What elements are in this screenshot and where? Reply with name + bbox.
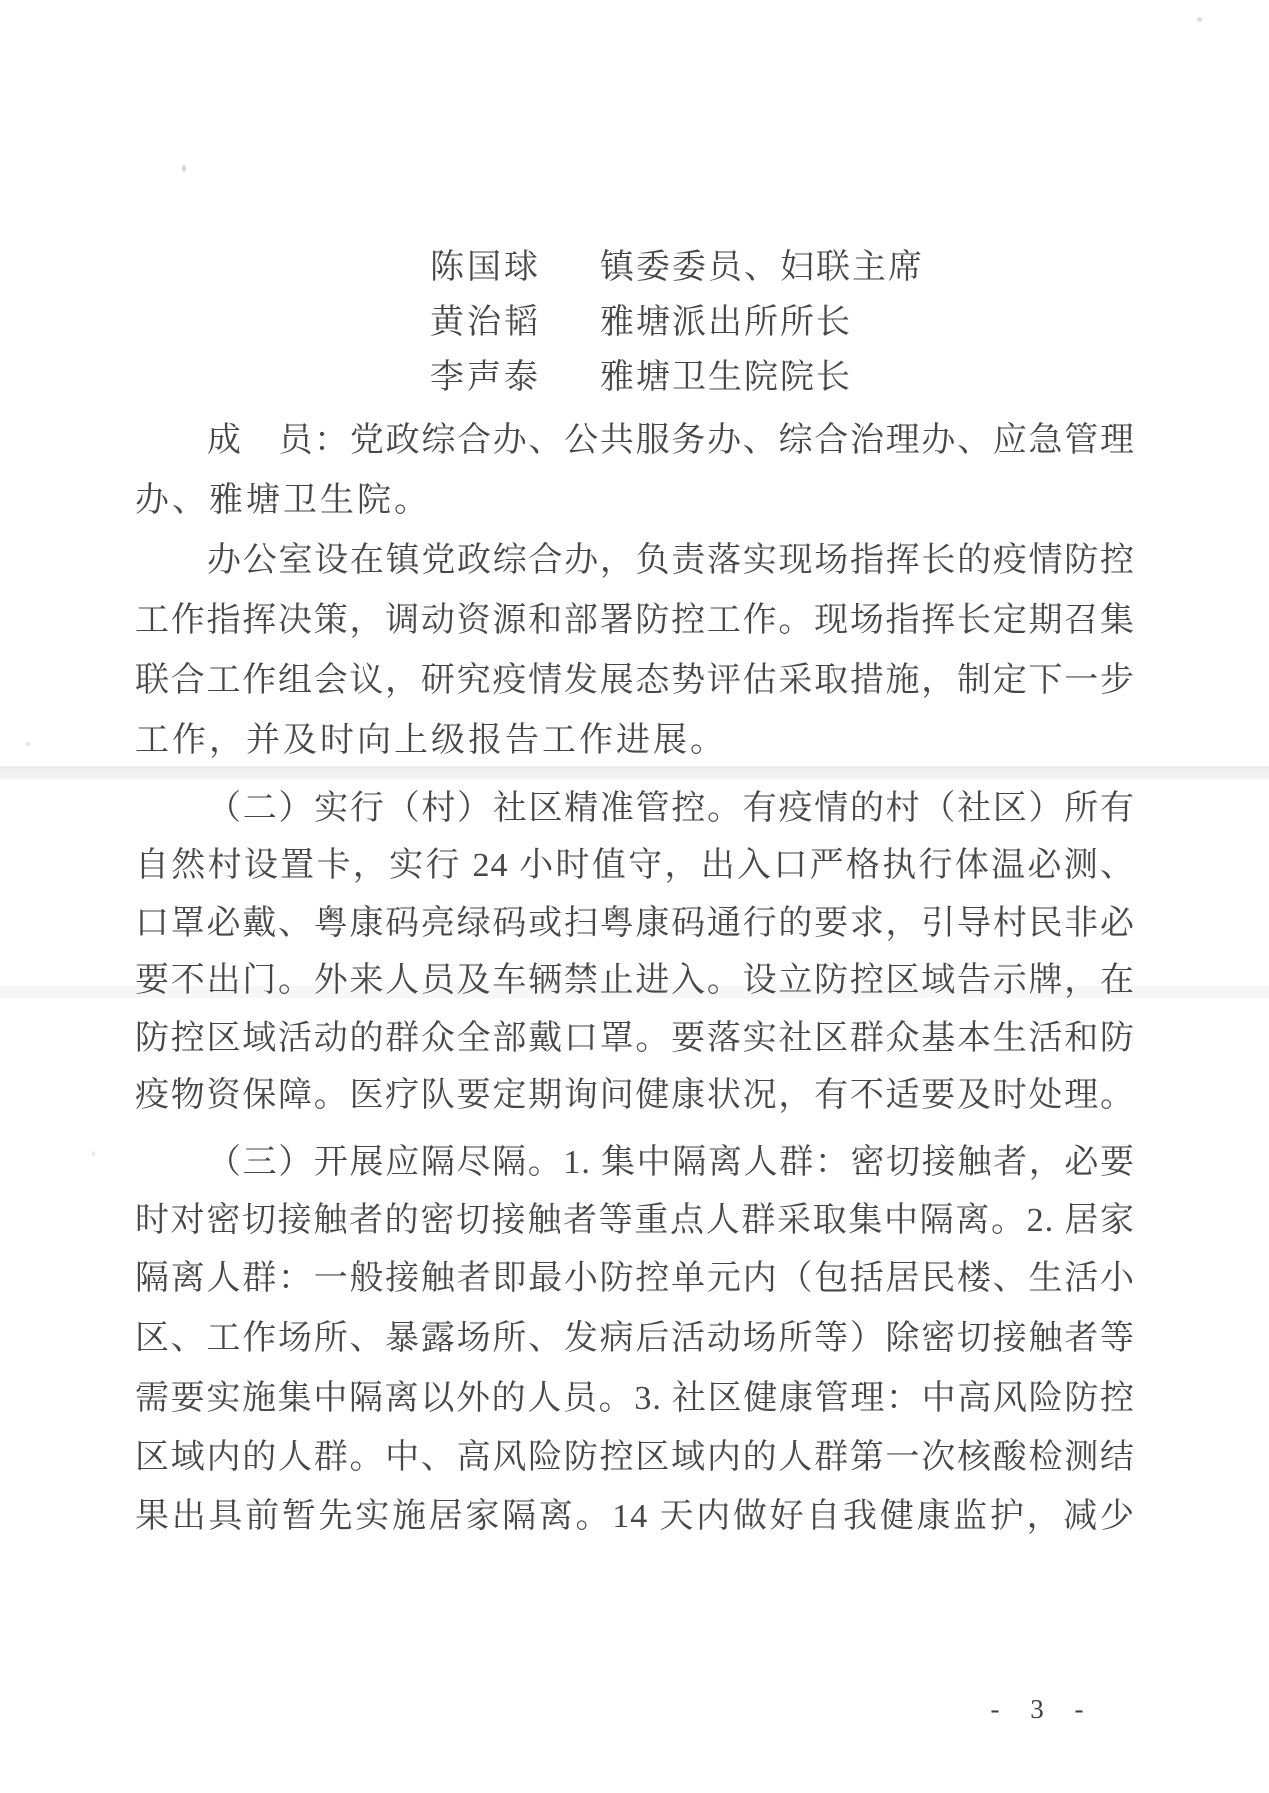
body-line: 时对密切接触者的密切接触者等重点人群采取集中隔离。2. 居家 [135,1200,1135,1242]
personnel-title: 雅塘派出所所长 [600,304,852,341]
scan-speck [182,165,186,172]
body-line: 工作指挥决策，调动资源和部署防控工作。现场指挥长定期召集 [135,600,1135,642]
body-line: 防控区域活动的群众全部戴口罩。要落实社区群众基本生活和防 [135,1018,1135,1060]
personnel-title: 雅塘卫生院院长 [600,359,852,396]
body-line: 果出具前暂先实施居家隔离。14 天内做好自我健康监护，减少 [135,1496,1135,1538]
body-line: 自然村设置卡，实行 24 小时值守，出入口严格执行体温必测、 [135,845,1135,887]
body-line: 区域内的人群。中、高风险防控区域内的人群第一次核酸检测结 [135,1437,1135,1479]
scan-speck [1197,17,1202,22]
body-line: （三）开展应隔尽隔。1. 集中隔离人群：密切接触者，必要 [135,1142,1135,1184]
personnel-row: 陈国球镇委委员、妇联主席 [430,248,924,288]
body-line: 联合工作组会议，研究疫情发展态势评估采取措施，制定下一步 [135,660,1135,702]
body-line: 口罩必戴、粤康码亮绿码或扫粤康码通行的要求，引导村民非必 [135,903,1135,945]
body-line: 办、雅塘卫生院。 [135,480,1135,522]
body-line: 疫物资保障。医疗队要定期询问健康状况，有不适要及时处理。 [135,1075,1135,1117]
personnel-name: 黄治韬 [430,303,600,343]
scan-speck [92,1151,95,1156]
body-line: 办公室设在镇党政综合办，负责落实现场指挥长的疫情防控 [135,540,1135,582]
personnel-title: 镇委委员、妇联主席 [600,249,924,286]
scan-speck [26,742,30,746]
body-line: 工作，并及时向上级报告工作进展。 [135,720,1135,762]
personnel-name: 李声泰 [430,358,600,398]
body-line: （二）实行（村）社区精准管控。有疫情的村（社区）所有 [135,788,1135,830]
personnel-row: 黄治韬雅塘派出所所长 [430,303,852,343]
page-number: - 3 - [968,1694,1118,1725]
body-line: 需要实施集中隔离以外的人员。3. 社区健康管理：中高风险防控 [135,1378,1135,1420]
body-line: 要不出门。外来人员及车辆禁止进入。设立防控区域告示牌，在 [135,960,1135,1002]
body-line: 成 员：党政综合办、公共服务办、综合治理办、应急管理 [135,420,1135,462]
body-line: 区、工作场所、暴露场所、发病后活动场所等）除密切接触者等 [135,1318,1135,1360]
document-page: 陈国球镇委委员、妇联主席 黄治韬雅塘派出所所长 李声泰雅塘卫生院院长 成 员：党… [0,0,1269,1793]
personnel-row: 李声泰雅塘卫生院院长 [430,358,852,398]
personnel-name: 陈国球 [430,248,600,288]
scan-artifact-band [0,766,1269,779]
body-line: 隔离人群：一般接触者即最小防控单元内（包括居民楼、生活小 [135,1258,1135,1300]
